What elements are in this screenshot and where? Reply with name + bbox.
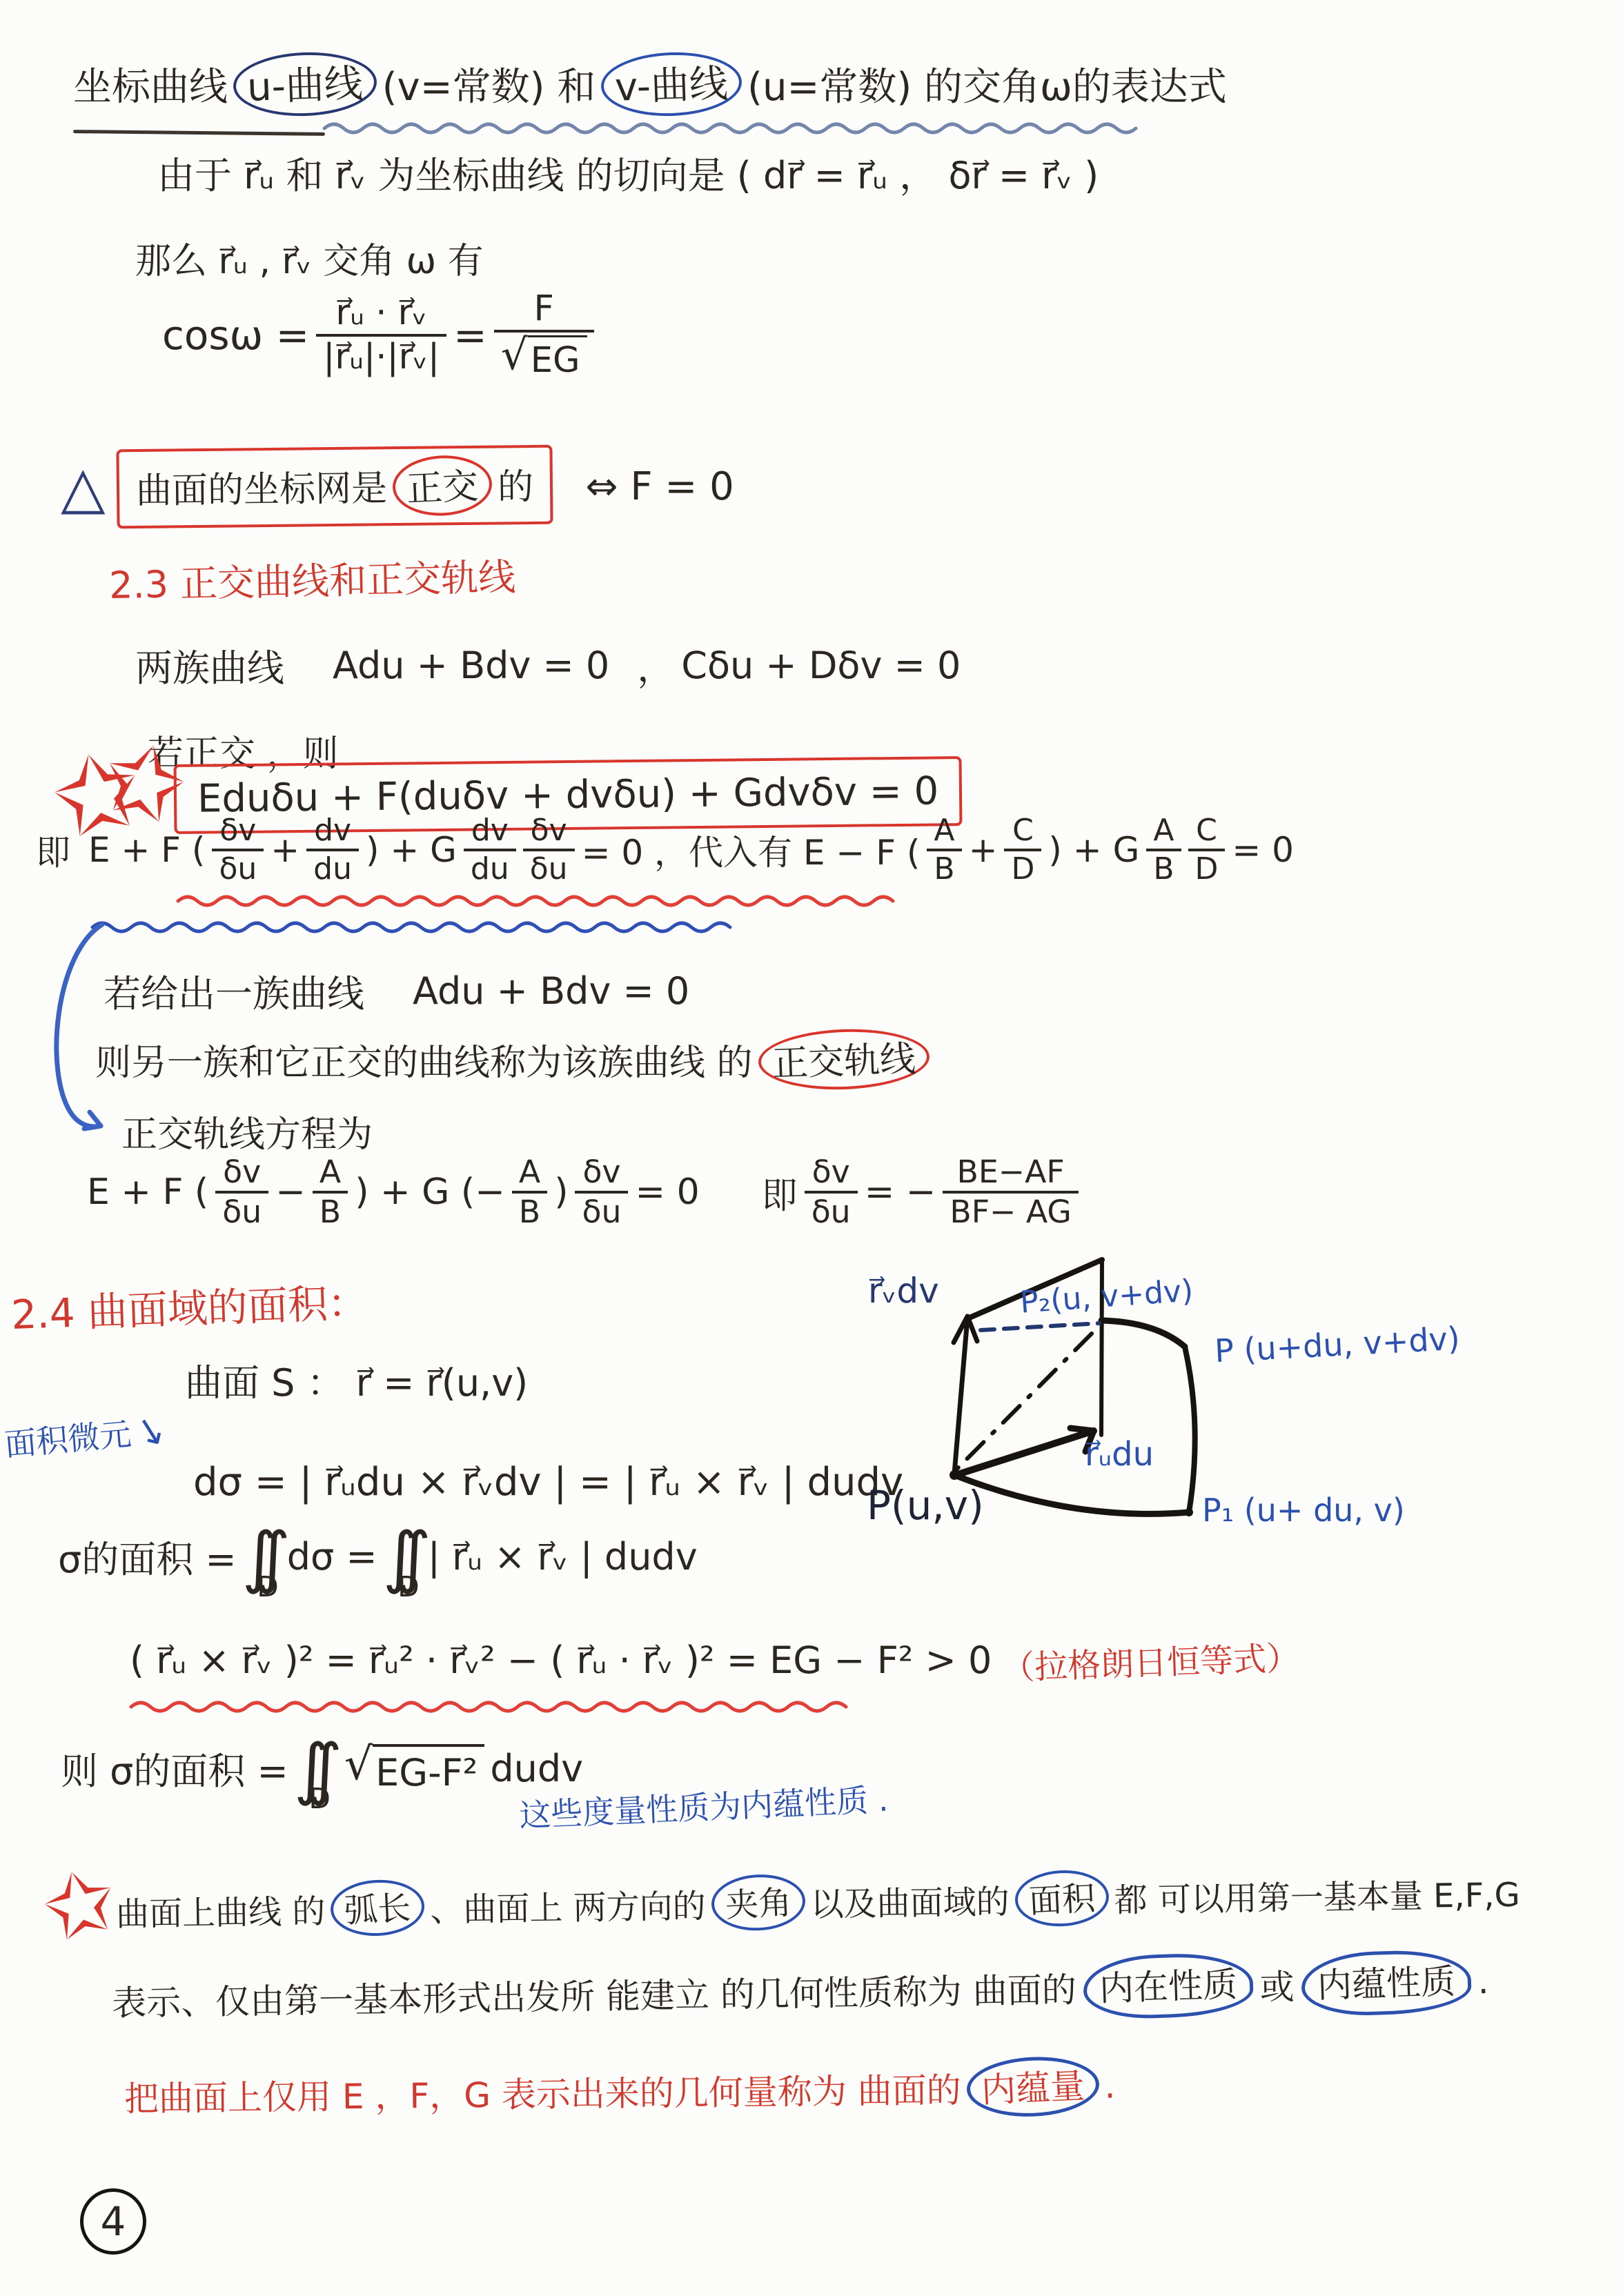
cos-lhs: cosω = [162, 312, 309, 359]
line-trajectory-equation-intro: 正交轨线方程为 [121, 1105, 373, 1157]
wavy-underline-blue [91, 920, 747, 934]
sqrt-sign: √ [501, 334, 528, 376]
wavy-underline-gray-blue [323, 121, 1137, 135]
sqrt-EG-F2: √EG-F² [344, 1743, 484, 1794]
blue-bracket-curve [39, 922, 115, 1136]
notebook-page: 坐标曲线 u-曲线 (v=常数) 和 v-曲线 (u=常数) 的交角ω的表达式 … [0, 0, 1623, 2296]
circled-intrinsic-property: 内蕴性质 [1300, 1948, 1472, 2017]
red-boxed-statement: 曲面的坐标网是正交的 [116, 445, 553, 529]
underline-black [73, 130, 325, 136]
formula-orthogonal-trajectory: E + F ( δvδu − AB ) + G (− AB ) δvδu = 0… [87, 1154, 1085, 1231]
double-integral-2: ∫∫D [383, 1523, 410, 1590]
page-number: 4 [80, 2188, 146, 2255]
note-area-element: 面积微元 ↘ [3, 1406, 168, 1465]
text-coordinate-curves: 坐标曲线 [73, 57, 228, 112]
equals-sign: = [453, 312, 487, 359]
heading-2-4: 2.4 曲面域的面积： [10, 1270, 368, 1340]
formula-lagrange-identity: ( r⃗ᵤ × r⃗ᵥ )² = r⃗ᵤ² · r⃗ᵥ² − ( r⃗ᵤ · r… [130, 1636, 1299, 1684]
note-lagrange-name: （拉格朗日恒等式） [1001, 1631, 1300, 1689]
circled-orthogonal-trajectory: 正交轨线 [757, 1027, 930, 1093]
line-substituted-equation: 即 E + F ( δvδu + dvdu ) + G dvdu δvδu = … [36, 813, 1294, 888]
paragraph-intrinsic-line-1: 曲面上曲线 的 弧长 、曲面上 两方向的 夹角 以及曲面域的 面积 都 可以用第… [116, 1864, 1521, 1939]
circled-orthogonal: 正交 [391, 453, 493, 517]
line-orthogonal-trajectory-def: 则另一族和它正交的曲线称为该族曲线 的 正交轨线 [95, 1029, 935, 1089]
label-rv-dv: r⃗ᵥdv [868, 1271, 939, 1311]
eq-family-2: Cδu + Dδv = 0 [681, 644, 961, 687]
circled-area: 面积 [1014, 1868, 1110, 1929]
wavy-underline-red-2 [130, 1700, 854, 1714]
eq-family-1: Adu + Bdv = 0 [333, 644, 609, 687]
formula-area-integral: σ的面积 = ∫∫D dσ = ∫∫D | r⃗ᵤ × r⃗ᵥ | dudv [58, 1523, 698, 1590]
line-coordinate-curves: 坐标曲线 u-曲线 (v=常数) 和 v-曲线 (u=常数) 的交角ω的表达式 [73, 52, 1227, 116]
line-angle-intro: 那么 r⃗ᵤ , r⃗ᵥ 交角 ω 有 [135, 232, 484, 284]
label-ru-du: r⃗ᵤdu [1085, 1435, 1154, 1474]
formula-area-element: dσ = | r⃗ᵤdu × r⃗ᵥdv | = | r⃗ᵤ × r⃗ᵥ | d… [193, 1460, 903, 1505]
double-integral-3: ∫∫D [294, 1735, 321, 1802]
line-given-family: 若给出一族曲线 Adu + Bdv = 0 [104, 964, 689, 1018]
fraction-F-sqrtEG: F √EG [494, 288, 594, 382]
heading-2-3: 2.3 正交曲线和正交轨线 [108, 548, 516, 609]
arrow-down-right-icon: ↘ [130, 1405, 170, 1455]
label-p1: P₁ (u+ du, v) [1202, 1492, 1405, 1529]
text-v-const: (v=常数) 和 [382, 57, 596, 112]
red-summary-line: 把曲面上仅用 E ，F，G 表示出来的几何量称为 曲面的 内蕴量 . [124, 2056, 1116, 2126]
circled-intrinsic-quantity: 内蕴量 [965, 2054, 1101, 2119]
star-doodle-icon-3: ✩ [35, 1855, 126, 1955]
paragraph-intrinsic-line-2: 表示、仅由第一基本形式出发所 能建立 的几何性质称为 曲面的 内在性质 或 内蕴… [111, 1950, 1489, 2032]
circled-angle: 夹角 [710, 1872, 807, 1933]
note-orthogonal-net: △ 曲面的坐标网是正交的 ⇔ F = 0 [61, 447, 734, 526]
circled-inner-property: 内在性质 [1082, 1952, 1254, 2021]
circled-arc-length: 弧长 [329, 1878, 426, 1939]
triangle-icon: △ [61, 453, 106, 521]
iff-F-zero: ⇔ F = 0 [586, 464, 734, 509]
line-tangent-directions: 由于 r⃗ᵤ 和 r⃗ᵥ 为坐标曲线 的切向是 ( dr⃗ = r⃗ᵤ ， δr… [157, 146, 1099, 199]
line-two-families: 两族曲线 Adu + Bdv = 0 ， Cδu + Dδv = 0 [135, 639, 961, 692]
circled-v-curve: v-曲线 [600, 50, 743, 118]
formula-area-sqrt: 则 σ的面积 = ∫∫D √EG-F² dudv [61, 1735, 583, 1802]
wavy-underline-red [177, 894, 894, 908]
label-p-uv: P(u,v) [867, 1482, 984, 1529]
double-integral: ∫∫D [242, 1523, 269, 1590]
fraction-dot-product: r⃗ᵤ · r⃗ᵥ |r⃗ᵤ|·|r⃗ᵥ| [316, 293, 446, 378]
line-surface-definition: 曲面 S ： r⃗ = r⃗(u,v) [185, 1354, 528, 1407]
text-u-const: (u=常数) 的交角ω的表达式 [747, 57, 1227, 112]
formula-cos-omega: cosω = r⃗ᵤ · r⃗ᵥ |r⃗ᵤ|·|r⃗ᵥ| = F √EG [162, 288, 601, 382]
circled-u-curve: u-曲线 [232, 50, 377, 118]
